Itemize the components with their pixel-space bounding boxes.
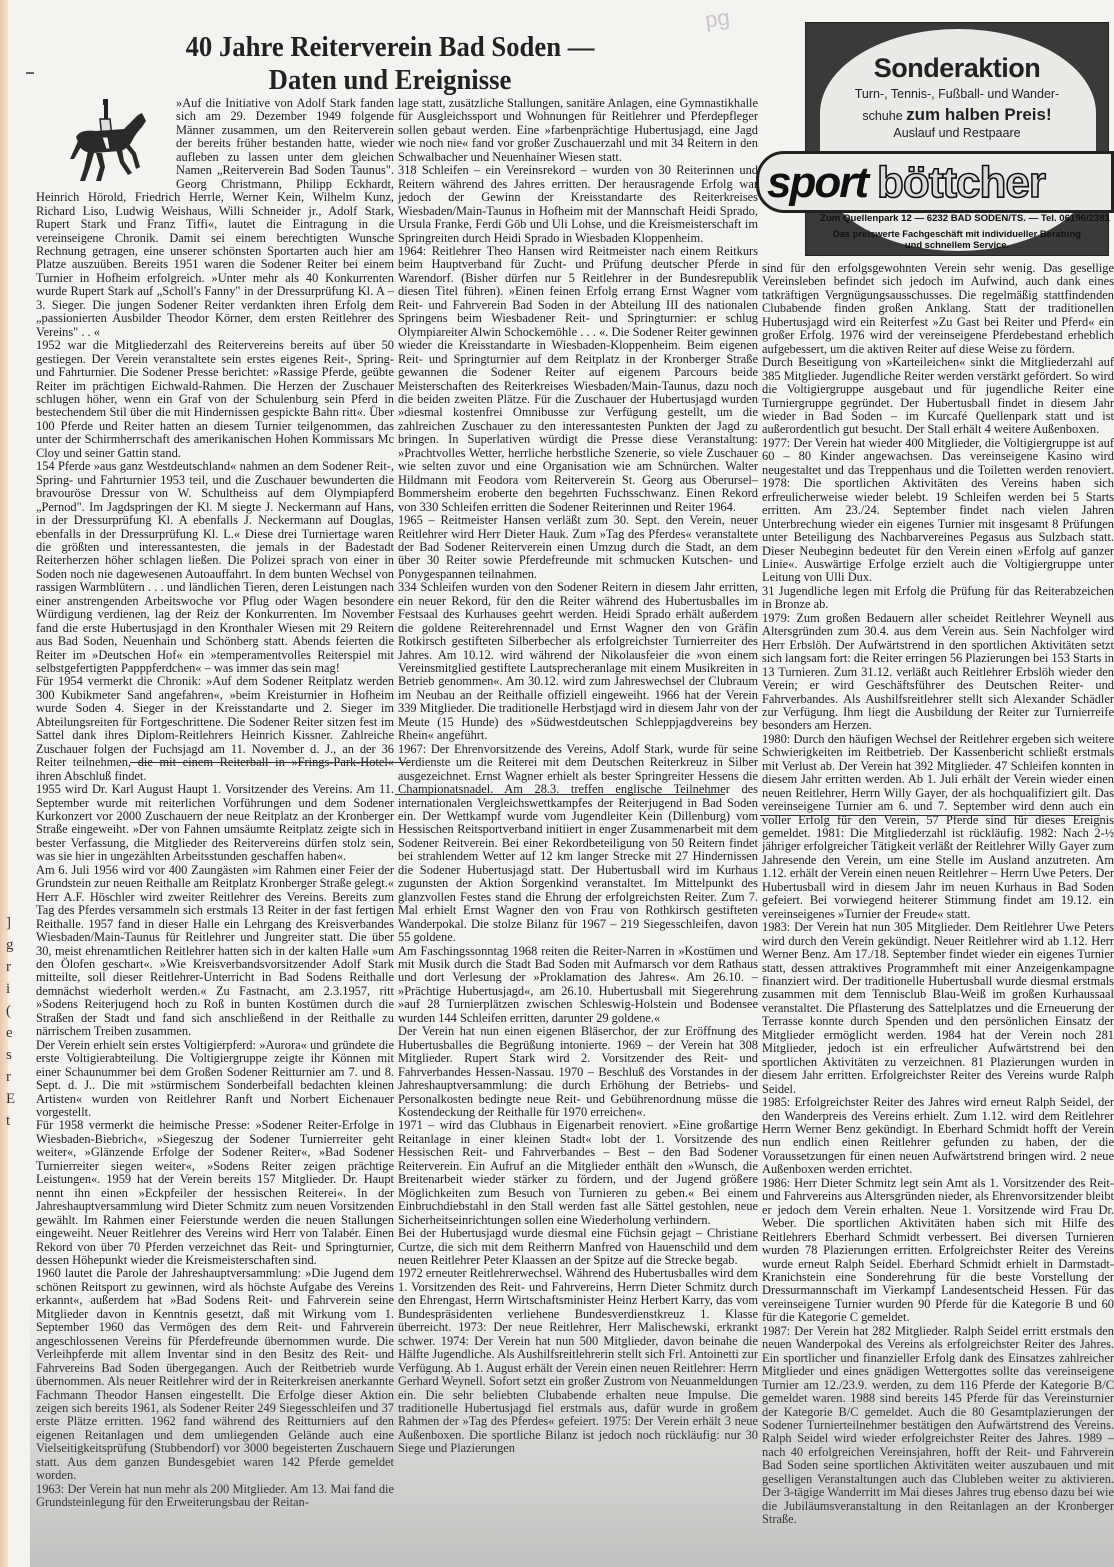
paragraph: 1977: Der Verein hat wieder 400 Mitglied… bbox=[762, 437, 1114, 585]
paragraph: 154 Pferde »aus ganz Westdeutschland« na… bbox=[36, 460, 394, 675]
logo-boettcher: böttcher bbox=[877, 158, 1045, 208]
margin-glyph: r bbox=[6, 1066, 20, 1088]
ad-line-3: Auslauf und Restpaare bbox=[806, 126, 1108, 140]
margin-glyph: e bbox=[6, 1022, 20, 1044]
pencil-annotation: pg bbox=[703, 4, 731, 33]
headline-line-1: 40 Jahre Reiterverein Bad Soden — bbox=[68, 31, 712, 64]
paragraph: 334 Schleifen wurden von den Sodener Rei… bbox=[398, 581, 758, 742]
paragraph: lage statt, zusätzliche Stallungen, sani… bbox=[398, 97, 758, 164]
paragraph: 31 Jugendliche legen mit Erfolg die Prüf… bbox=[762, 585, 1114, 612]
paragraph: 1979: Zum großen Bedauern aller scheidet… bbox=[762, 612, 1114, 733]
ad-title: Sonderaktion bbox=[806, 53, 1108, 84]
paragraph: 318 Schleifen – ein Vereinsrekord – wurd… bbox=[398, 164, 758, 245]
paragraph: Der Verein hat nun einen eigenen Bläserc… bbox=[398, 1025, 758, 1119]
paragraph: 1980: Durch den häufigen Wechsel der Rei… bbox=[762, 733, 1114, 921]
ad-line-2-bold: zum halben Preis! bbox=[906, 105, 1051, 124]
paragraph: Am 6. Juli 1956 wird vor 400 Zaungästen … bbox=[36, 864, 394, 1039]
paragraph: 1965 – Reitmeister Hansen verläßt zum 30… bbox=[398, 514, 758, 581]
margin-glyph: ] bbox=[6, 912, 20, 934]
ad-line-1: Turn-, Tennis-, Fußball- und Wander- bbox=[806, 87, 1108, 101]
pen-underline bbox=[760, 815, 1100, 816]
article-column-left: »Auf die Initiative von Adolf Stark fand… bbox=[36, 97, 394, 1510]
paragraph: Für 1958 vermerkt die heimische Presse: … bbox=[36, 1119, 394, 1267]
logo-sport: sport bbox=[767, 158, 867, 208]
sport-boettcher-logo: sport böttcher bbox=[756, 151, 1114, 213]
scan-page-edge bbox=[0, 0, 8, 1567]
ad-tagline-line-1: Das preiswerte Fachgeschäft mit individu… bbox=[806, 228, 1108, 239]
ad-address: Zum Quellenpark 12 — 6232 BAD SODEN/TS. … bbox=[758, 213, 1110, 224]
pen-underline bbox=[130, 762, 410, 763]
sport-boettcher-advertisement: Sonderaktion Turn-, Tennis-, Fußball- un… bbox=[805, 22, 1109, 256]
paragraph: 1964: Reitlehrer Theo Hansen wird Reitme… bbox=[398, 245, 758, 514]
paragraph: 1963: Der Verein hat nun mehr als 200 Mi… bbox=[36, 1483, 394, 1510]
margin-glyph: r bbox=[6, 956, 20, 978]
margin-glyph: s bbox=[6, 1044, 20, 1066]
paragraph: 1955 wird Dr. Karl August Haupt 1. Vorsi… bbox=[36, 783, 394, 864]
article-column-right: sind für den erfolgsgewohnten Verein seh… bbox=[762, 262, 1114, 1527]
margin-dash bbox=[26, 72, 34, 74]
article-headline: 40 Jahre Reiterverein Bad Soden — Daten … bbox=[68, 31, 712, 97]
paragraph: 1985: Erfolgreichster Reiter des Jahres … bbox=[762, 1096, 1114, 1177]
paragraph: 1967: Der Ehrenvorsitzende des Vereins, … bbox=[398, 743, 758, 945]
paragraph: 1952 war die Mitgliederzahl des Reiterve… bbox=[36, 339, 394, 460]
paragraph: 1971 – wird das Clubhaus in Eigenarbeit … bbox=[398, 1119, 758, 1227]
paragraph: Am Faschingssonntag 1968 reiten die Reit… bbox=[398, 945, 758, 1026]
paragraph: Bei der Hubertusjagd wurde diesmal eine … bbox=[398, 1227, 758, 1267]
headline-line-2: Daten und Ereignisse bbox=[68, 64, 712, 97]
article-column-middle: lage statt, zusätzliche Stallungen, sani… bbox=[398, 97, 758, 1456]
paragraph: 1983: Der Verein hat nun 305 Mitglieder.… bbox=[762, 921, 1114, 1096]
ad-line-2: schuhe zum halben Preis! bbox=[806, 105, 1108, 125]
paragraph: 1960 lautet die Parole der Jahreshauptve… bbox=[36, 1267, 394, 1482]
ad-line-2-prefix: schuhe bbox=[862, 109, 902, 123]
left-margin-fragment: ] g r i ( e s r E t bbox=[6, 912, 20, 1132]
paragraph: Durch Beseitigung von »Karteileichen« si… bbox=[762, 356, 1114, 437]
horse-rider-icon bbox=[66, 97, 166, 185]
margin-glyph: i bbox=[6, 978, 20, 1000]
ad-tagline-line-2: und schnellem Service. bbox=[806, 239, 1108, 250]
margin-glyph: ( bbox=[6, 1000, 20, 1022]
paragraph: sind für den erfolgsgewohnten Verein seh… bbox=[762, 262, 1114, 356]
pen-underline bbox=[395, 794, 725, 795]
margin-glyph: t bbox=[6, 1110, 20, 1132]
paragraph: 1972 erneuter Reitlehrerwechsel. Während… bbox=[398, 1267, 758, 1455]
margin-glyph: g bbox=[6, 934, 20, 956]
paragraph: Für 1954 vermerkt die Chronik: »Auf dem … bbox=[36, 675, 394, 783]
paragraph: 1987: Der Verein hat 282 Mitglieder. Ral… bbox=[762, 1325, 1114, 1527]
paragraph: Der Verein erhielt sein erstes Voltigier… bbox=[36, 1039, 394, 1120]
margin-glyph: E bbox=[6, 1088, 20, 1110]
ad-tagline: Das preiswerte Fachgeschäft mit individu… bbox=[806, 228, 1108, 250]
paragraph: 1986: Herr Dieter Schmitz legt sein Amt … bbox=[762, 1177, 1114, 1325]
